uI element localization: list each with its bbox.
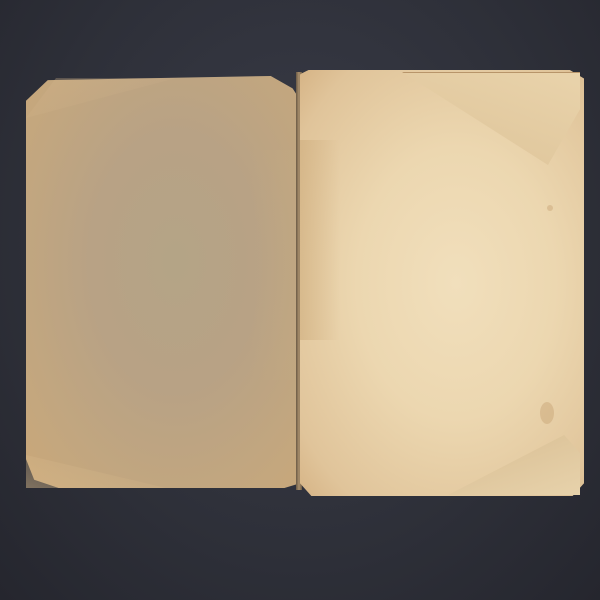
photo-scene [0, 0, 600, 600]
stain-spot [547, 205, 553, 211]
left-page-water-stain [250, 150, 296, 380]
stain-spot [540, 402, 554, 424]
right-page-water-stain [300, 140, 340, 340]
